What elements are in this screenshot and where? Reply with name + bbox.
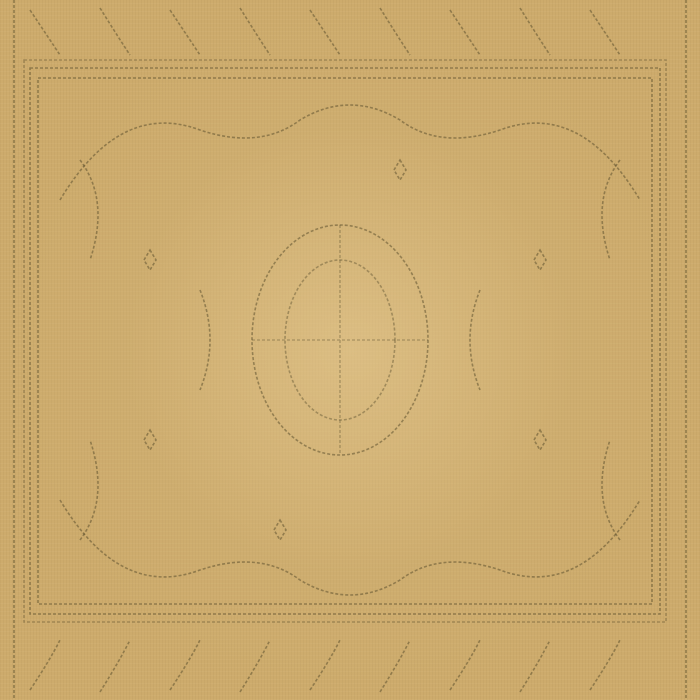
border-band-inner — [38, 78, 652, 604]
bottom-arch-scroll — [60, 500, 640, 595]
top-arch-scroll — [60, 105, 640, 200]
top-border-motifs — [30, 8, 620, 55]
border-band-outer — [30, 68, 660, 614]
bottom-border-motifs — [30, 640, 620, 692]
rug-image — [0, 0, 700, 700]
rug-pattern — [0, 0, 700, 700]
